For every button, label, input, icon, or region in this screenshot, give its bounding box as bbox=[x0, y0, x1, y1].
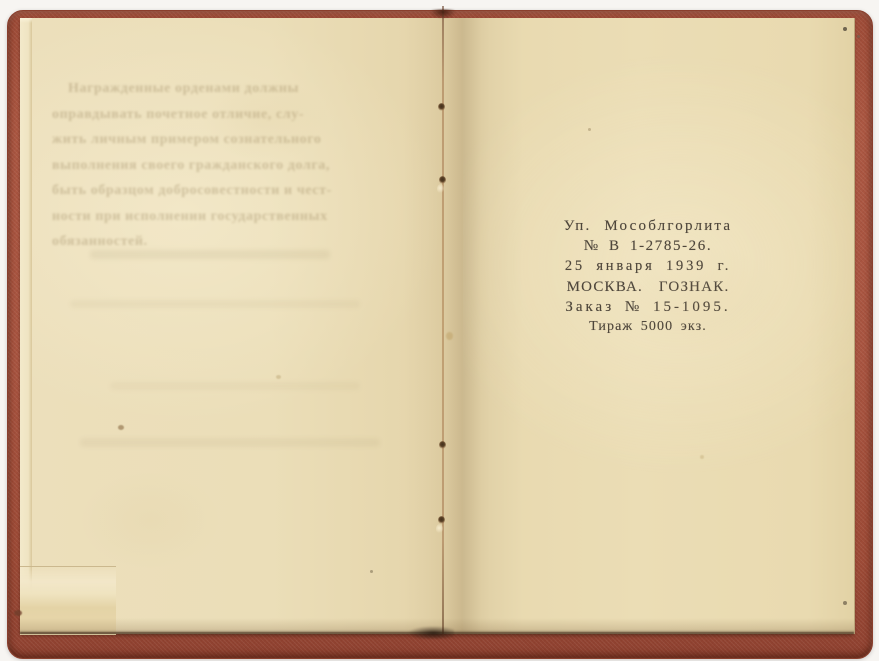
stitch-hole bbox=[439, 441, 446, 449]
stitch-pucker bbox=[436, 524, 443, 534]
fold-crease bbox=[442, 6, 444, 634]
imprint-line-date: 25 января 1939 г. bbox=[550, 256, 746, 276]
ghost-text-line: Награжденные орденами должны bbox=[52, 76, 382, 102]
foxing-speck bbox=[843, 27, 847, 31]
imprint-line-printer: МОСКВА. ГОЗНАК. bbox=[550, 277, 746, 297]
foxing-speck bbox=[14, 610, 22, 616]
foxing-speck bbox=[588, 128, 591, 131]
ghost-text-block: Награжденные орденами должны оправдывать… bbox=[52, 76, 382, 255]
ghost-faint-trace bbox=[70, 300, 360, 308]
foxing-speck bbox=[857, 35, 860, 38]
imprint-line-permit-number: № В 1-2785-26. bbox=[550, 236, 746, 256]
fold-ink-smudge bbox=[408, 626, 454, 639]
stitch-hole bbox=[439, 176, 446, 184]
ghost-text-line: жить личным примером сознательного bbox=[52, 127, 382, 153]
ghost-text-line: оправдывать почетное отличие, слу- bbox=[52, 102, 382, 128]
ghost-faint-trace bbox=[110, 382, 360, 390]
foxing-speck bbox=[700, 455, 704, 459]
imprint-line-order-number: Заказ № 15-1095. bbox=[550, 297, 746, 317]
ghost-faint-trace bbox=[90, 250, 330, 259]
stitch-hole bbox=[438, 516, 445, 524]
foxing-speck bbox=[370, 570, 373, 573]
ghost-text-line: ности при исполнении государственных bbox=[52, 204, 382, 230]
ghost-text-line: выполнения своего гражданского долга, bbox=[52, 153, 382, 179]
imprint-line-print-run: Тираж 5000 экз. bbox=[550, 317, 746, 337]
ghost-faint-trace bbox=[80, 438, 380, 447]
stitch-hole bbox=[438, 103, 445, 111]
foxing-speck bbox=[276, 375, 281, 379]
imprint-line-authority: Уп. Мособлгорлита bbox=[550, 216, 746, 236]
foxing-speck bbox=[118, 425, 124, 430]
foxing-speck bbox=[446, 332, 453, 340]
stitch-pucker bbox=[437, 184, 444, 194]
fold-notch-top bbox=[430, 9, 456, 19]
imprint-block: Уп. Мособлгорлита № В 1-2785-26. 25 янва… bbox=[550, 216, 746, 337]
foxing-speck bbox=[843, 601, 847, 605]
ghost-text-line: быть образцом добросовестности и чест- bbox=[52, 178, 382, 204]
